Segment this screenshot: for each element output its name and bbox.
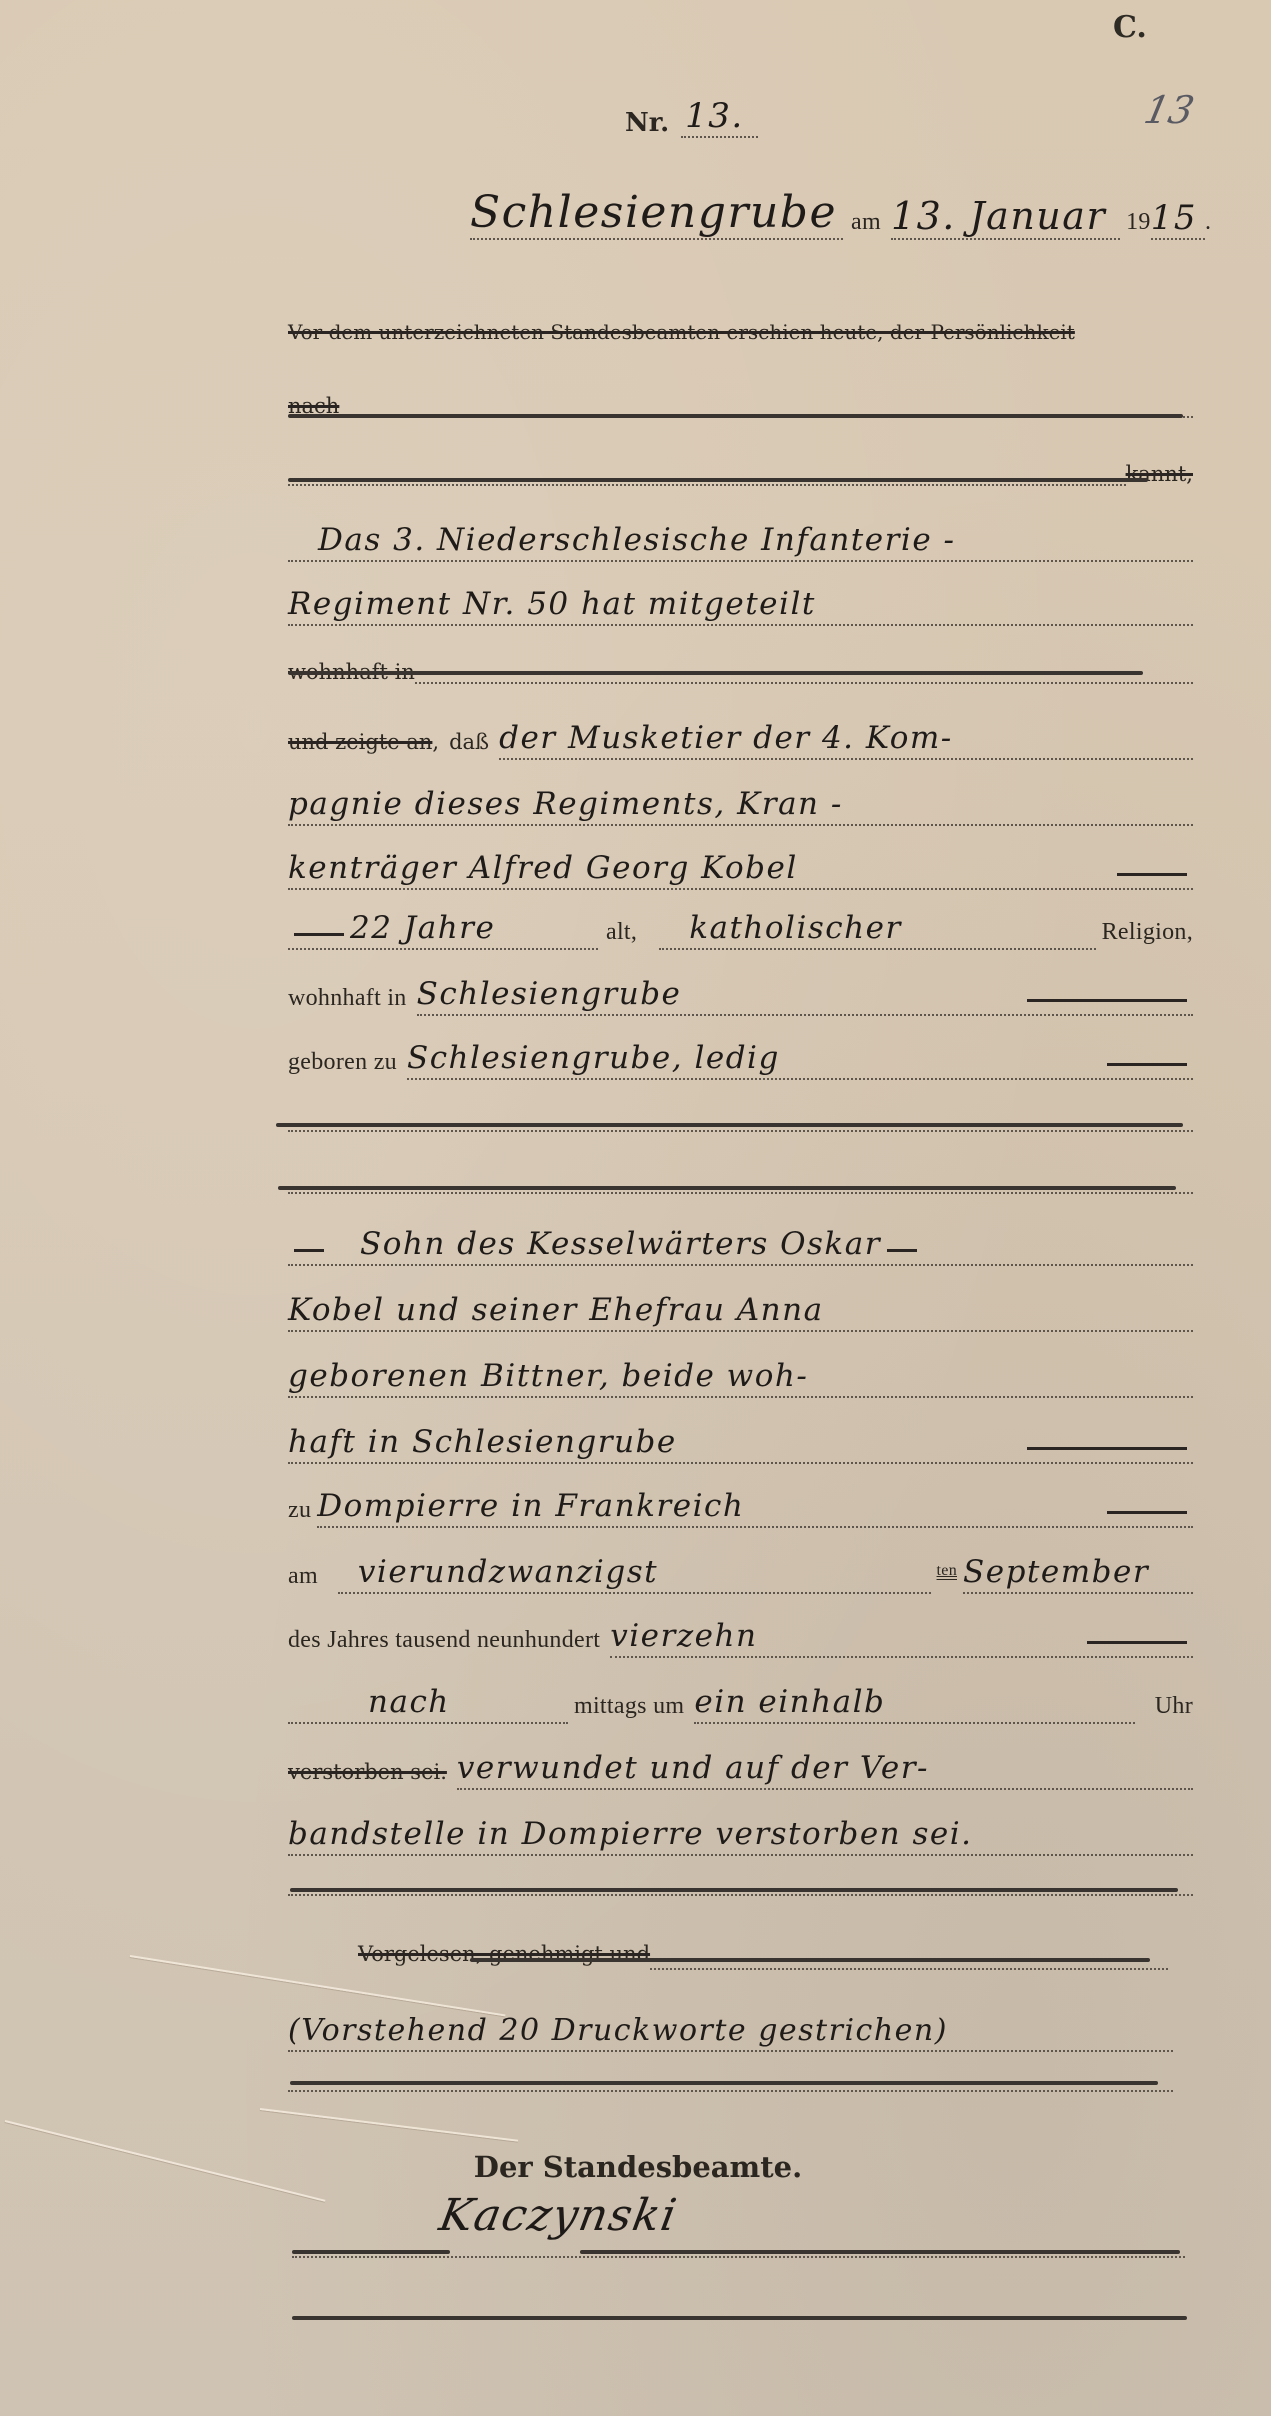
nach-line: nach <box>288 370 1193 418</box>
religion-field: katholischer <box>689 910 902 946</box>
death-time-line: nach mittags um ein einhalb Uhr <box>288 1664 1193 1724</box>
parents-text-2: Kobel und seiner Ehefrau Anna <box>288 1292 824 1328</box>
note-text: (Vorstehend 20 Druckworte gestrichen) <box>288 2013 948 2048</box>
pencil-page-number: 13 <box>1140 88 1198 132</box>
signature-title: Der Standesbeamte. <box>408 2150 868 2184</box>
cancel-bar <box>288 671 1143 675</box>
parents-text-4: haft in Schlesiengrube <box>288 1424 677 1460</box>
entry-number: Nr. 13. <box>625 96 758 138</box>
nach-field <box>339 366 1193 418</box>
year-label: des Jahres tausend neunhundert <box>288 1627 600 1654</box>
period: . <box>1205 209 1211 236</box>
death-year-line: des Jahres tausend neunhundert vierzehn <box>288 1598 1193 1658</box>
struck-und-zeigte-an: und zeigte an <box>288 730 432 754</box>
death-year-field: vierzehn <box>610 1618 757 1654</box>
cancel-bar <box>276 1123 1183 1127</box>
struck-kannt: kannt, <box>1126 462 1193 486</box>
struck-vorgelesen: Vorgelesen, genehmigt und <box>358 1942 650 1966</box>
dass-label: daß <box>449 730 489 754</box>
struck-wohnhaft-line: wohnhaft in <box>288 636 1193 684</box>
parents-text-3: geborenen Bittner, beide woh- <box>288 1358 808 1394</box>
time-prefix-field: nach <box>368 1684 450 1720</box>
cancel-bar <box>290 1888 1178 1892</box>
nr-label: Nr. <box>625 108 669 138</box>
blank-line <box>288 2048 1193 2092</box>
cancel-bar <box>288 414 1183 418</box>
cancel-bar <box>278 1186 1176 1190</box>
alt-label: alt, <box>606 919 637 946</box>
death-date-line: am vierundzwanzigst ten September <box>288 1534 1193 1594</box>
deceased-text-2: pagnie dieses Regiments, Kran - <box>288 786 843 822</box>
deceased-line-2: pagnie dieses Regiments, Kran - <box>288 766 1193 826</box>
death-month-field: September <box>963 1554 1149 1590</box>
death-day-field: vierundzwanzigst <box>358 1554 658 1590</box>
year-field: 15 <box>1151 198 1205 240</box>
birthplace-field: Schlesiengrube, ledig <box>407 1040 780 1076</box>
deceased-line-3: kenträger Alfred Georg Kobel <box>288 830 1193 890</box>
signature-bar-right <box>580 2250 1180 2254</box>
death-place-label: zu <box>288 1497 311 1524</box>
place-date-line: Schlesiengrube am 13. Januar 19 15 . <box>470 170 1211 240</box>
cancel-bar <box>470 1958 1150 1962</box>
parents-text-1: Sohn des Kesselwärters Oskar <box>360 1226 881 1262</box>
struck-intro-text: Vor dem unterzeichneten Standesbeamten e… <box>288 320 1075 344</box>
religion-label: Religion, <box>1102 919 1193 946</box>
informant-text-1: Das 3. Niederschlesische Infanterie - <box>318 522 956 558</box>
parents-line-4: haft in Schlesiengrube <box>288 1404 1193 1464</box>
signature-name: Kaczynski <box>436 2190 682 2241</box>
signature-bar-left <box>292 2250 450 2254</box>
death-place-field: Dompierre in Frankreich <box>317 1488 744 1524</box>
parents-line-3: geborenen Bittner, beide woh- <box>288 1338 1193 1398</box>
struck-intro-line: Vor dem unterzeichneten Standesbeamten e… <box>288 300 1193 344</box>
death-place-line: zu Dompierre in Frankreich <box>288 1468 1193 1528</box>
vorgelesen-line: Vorgelesen, genehmigt und <box>288 1920 1193 1970</box>
dass-line: und zeigte an , daß der Musketier der 4.… <box>288 700 1193 760</box>
year-printed: 19 <box>1126 209 1151 236</box>
am-label: am <box>288 1563 318 1590</box>
ten-suffix: ten <box>937 1562 957 1580</box>
deceased-text-1: der Musketier der 4. Kom- <box>499 720 953 756</box>
birthplace-label: geboren zu <box>288 1049 397 1076</box>
mittags-label: mittags um <box>574 1693 684 1720</box>
parents-line-1: Sohn des Kesselwärters Oskar <box>288 1206 1193 1266</box>
birthplace-line: geboren zu Schlesiengrube, ledig <box>288 1020 1193 1080</box>
place-field: Schlesiengrube <box>470 187 843 240</box>
cancel-bar <box>290 2081 1158 2085</box>
age-field: 22 Jahre <box>350 910 495 946</box>
residence-line: wohnhaft in Schlesiengrube <box>288 956 1193 1016</box>
closing-bar <box>292 2316 1187 2320</box>
informant-text-2: Regiment Nr. 50 hat mitgeteilt <box>288 586 816 622</box>
time-field: ein einhalb <box>694 1684 885 1720</box>
form-letter: C. <box>1113 10 1147 45</box>
parents-line-2: Kobel und seiner Ehefrau Anna <box>288 1272 1193 1332</box>
am-label: am <box>851 209 881 236</box>
cause-text-1: verwundet und auf der Ver- <box>457 1750 929 1786</box>
residence-label: wohnhaft in <box>288 985 407 1012</box>
residence-field: Schlesiengrube <box>417 976 682 1012</box>
cause-line-1: verstorben sei. verwundet und auf der Ve… <box>288 1730 1193 1790</box>
uhr-label: Uhr <box>1155 1693 1193 1720</box>
paper-crease <box>5 2120 326 2202</box>
note-line: (Vorstehend 20 Druckworte gestrichen) <box>288 1988 1193 2052</box>
informant-line-2: Regiment Nr. 50 hat mitgeteilt <box>288 566 1193 626</box>
nr-value: 13. <box>681 96 758 138</box>
age-religion-line: 22 Jahre alt, katholischer Religion, <box>288 890 1193 950</box>
deceased-name: kenträger Alfred Georg Kobel <box>288 850 798 886</box>
paper-crease <box>260 2108 518 2142</box>
informant-line-1: Das 3. Niederschlesische Infanterie - <box>288 502 1193 562</box>
date-field: 13. Januar <box>891 194 1120 240</box>
cancel-bar <box>288 478 1148 482</box>
struck-verstorben: verstorben sei. <box>288 1760 447 1784</box>
